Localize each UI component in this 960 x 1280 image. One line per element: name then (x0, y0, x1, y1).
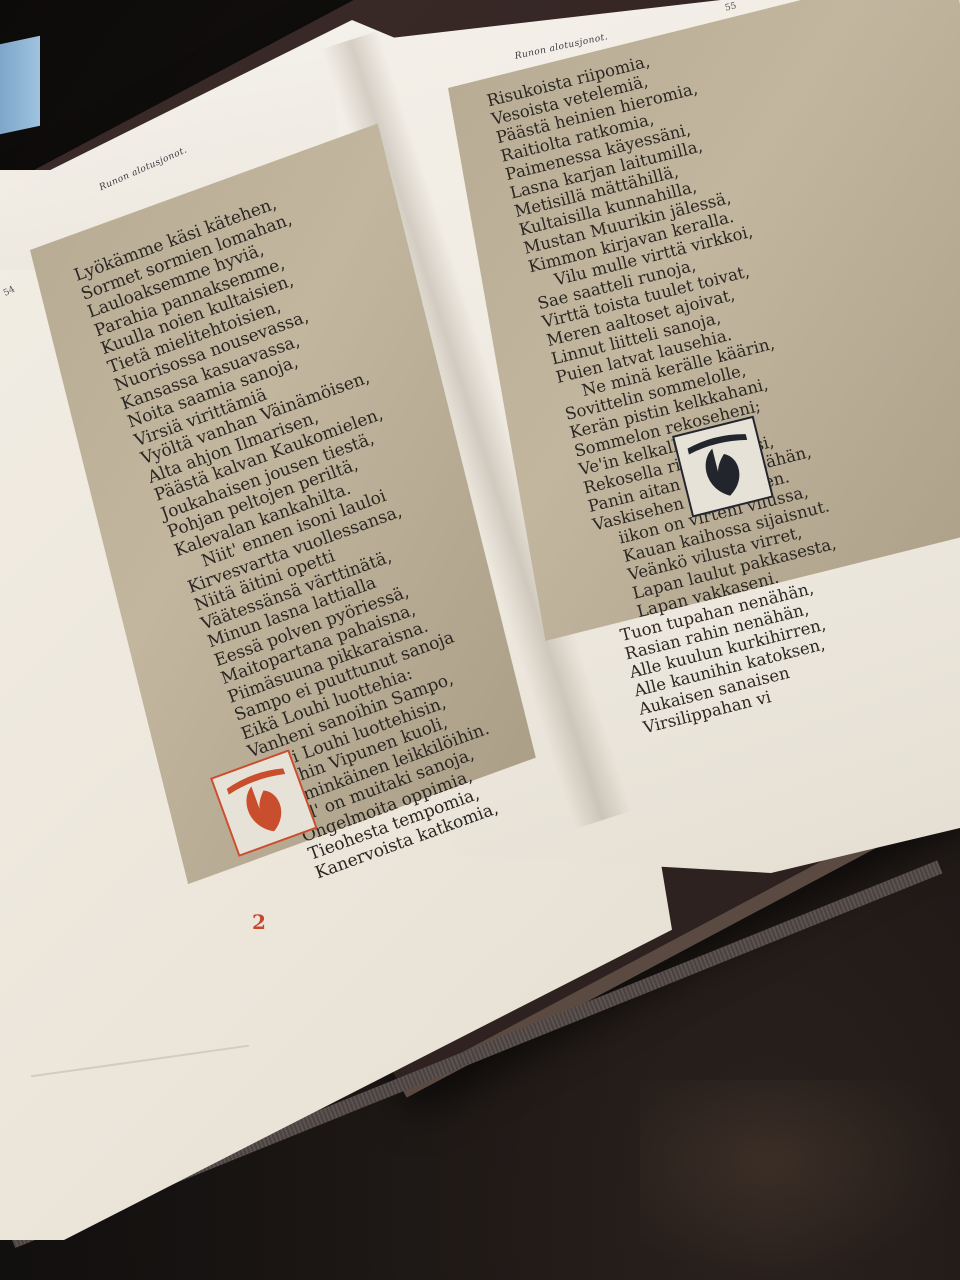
open-book: 54 55 Runon alotusjonot. Runon alotusjon… (0, 0, 960, 1280)
plate-number: 2 (252, 910, 266, 934)
